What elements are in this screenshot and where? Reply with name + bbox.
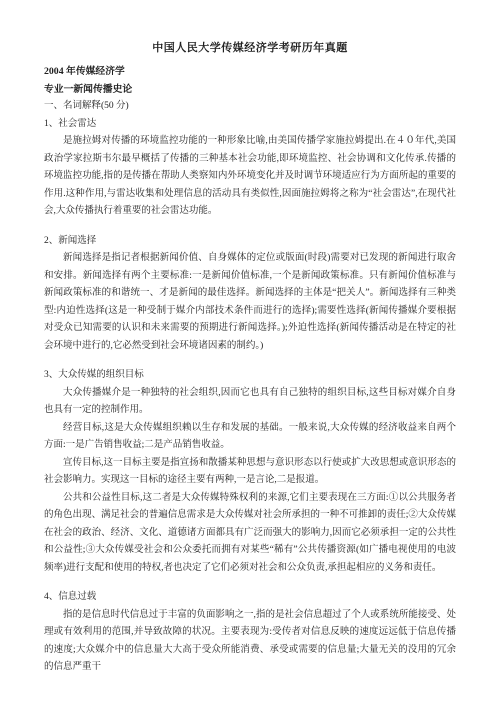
term-definition-paragraph: 公共和公益性目标,这二者是大众传媒特殊权利的来源,它们主要表现在三方面:①以公共…: [44, 490, 456, 578]
term-definition-paragraph: 经营目标,这是大众传媒组织赖以生存和发展的基础。一般来说,大众传媒的经济收益来自…: [44, 420, 456, 455]
term-item-social-radar: 1、社会雷达 是施拉姆对传播的环境监控功能的一种形象比喻,由美国传播学家施拉姆提…: [44, 116, 456, 221]
term-definition-paragraph: 是施拉姆对传播的环境监控功能的一种形象比喻,由美国传播学家施拉姆提出.在４０年代…: [44, 133, 456, 221]
year-heading: 2004 年传媒经济学: [44, 63, 456, 81]
term-item-news-selection: 2、新闻选择 新闻选择是指记者根据新闻价值、自身媒体的定位或版面(时段)需要对已…: [44, 233, 456, 356]
term-heading: 4、信息过载: [44, 589, 456, 607]
term-definition-paragraph: 新闻选择是指记者根据新闻价值、自身媒体的定位或版面(时段)需要对已发现的新闻进行…: [44, 250, 456, 355]
document-page: 中国人民大学传媒经济学考研历年真题 2004 年传媒经济学 专业一新闻传播史论 …: [0, 0, 496, 702]
term-heading: 3、大众传媒的组织目标: [44, 367, 456, 385]
term-definition-paragraph: 宣传目标,这一目标主要是指宣扬和散播某种思想与意识形态以行使或扩大改思想或意识形…: [44, 455, 456, 490]
term-definition-paragraph: 指的是信息时代信息过于丰富的负面影响之一,指的是社会信息超过了个人或系统所能接受…: [44, 607, 456, 677]
term-item-organization-goals: 3、大众传媒的组织目标 大众传播媒介是一种独特的社会组织,因而它也具有自己独特的…: [44, 367, 456, 577]
term-heading: 1、社会雷达: [44, 116, 456, 134]
subject-heading: 专业一新闻传播史论: [44, 81, 456, 99]
term-item-information-overload: 4、信息过载 指的是信息时代信息过于丰富的负面影响之一,指的是社会信息超过了个人…: [44, 589, 456, 677]
question-type-heading: 一、名词解释(50 分): [44, 98, 456, 116]
term-heading: 2、新闻选择: [44, 233, 456, 251]
term-definition-paragraph: 大众传播媒介是一种独特的社会组织,因而它也具有自己独特的组织目标,这些目标对媒介…: [44, 385, 456, 420]
document-title: 中国人民大学传媒经济学考研历年真题: [44, 40, 456, 57]
